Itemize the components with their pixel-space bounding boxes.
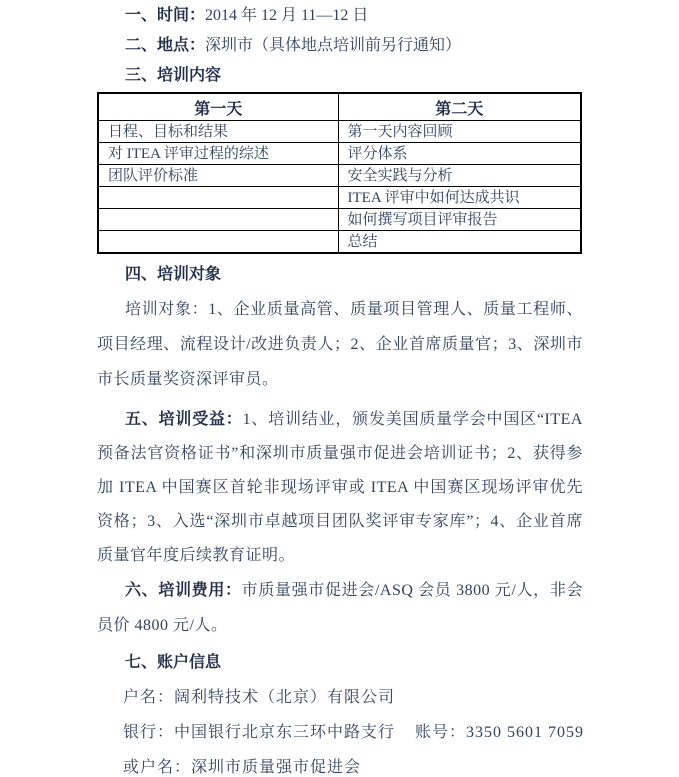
account-number-label: 账号： <box>415 724 466 741</box>
table-cell-day1 <box>98 209 338 231</box>
table-cell-day2: ITEA 评审中如何达成共识 <box>338 187 581 209</box>
benefit-paragraph: 五、培训受益：1、培训结业，颁发美国质量学会中国区“ITEA 预备法官资格证书”… <box>97 403 583 573</box>
section-location-label: 二、地点： <box>125 37 205 54</box>
table-cell-day1: 团队评价标准 <box>98 165 338 187</box>
table-cell-day2: 如何撰写项目评审报告 <box>338 209 581 231</box>
benefit-label: 五、培训受益： <box>125 411 243 428</box>
table-row: 总结 <box>98 231 581 254</box>
table-row: 对 ITEA 评审过程的综述 评分体系 <box>98 143 581 165</box>
section-time: 一、时间：2014 年 12 月 11—12 日 <box>97 1 583 31</box>
section-audience-heading: 四、培训对象 <box>97 257 583 292</box>
table-cell-day1: 日程、目标和结果 <box>98 121 338 143</box>
alt-account-line: 或户名：深圳市质量强市促进会 <box>97 750 583 777</box>
section-content-heading-text: 三、培训内容 <box>125 67 221 84</box>
table-cell-day2: 安全实践与分析 <box>338 165 581 187</box>
table-row: 如何撰写项目评审报告 <box>98 209 581 231</box>
section-location: 二、地点：深圳市（具体地点培训前另行通知） <box>97 31 583 61</box>
table-cell-day1: 对 ITEA 评审过程的综述 <box>98 143 338 165</box>
document-page: 一、时间：2014 年 12 月 11—12 日 二、地点：深圳市（具体地点培训… <box>0 0 679 777</box>
document-content: 一、时间：2014 年 12 月 11—12 日 二、地点：深圳市（具体地点培训… <box>0 0 679 777</box>
alt-account-value: 深圳市质量强市促进会 <box>191 759 361 776</box>
table-cell-day2: 第一天内容回顾 <box>338 121 581 143</box>
table-row: ITEA 评审中如何达成共识 <box>98 187 581 209</box>
table-cell-day1 <box>98 187 338 209</box>
section-time-label: 一、时间： <box>125 7 205 24</box>
table-header-day1: 第一天 <box>98 93 338 121</box>
account-number-value: 3350 5601 7059 <box>466 724 584 741</box>
table-cell-day1 <box>98 231 338 254</box>
table-header-row: 第一天 第二天 <box>98 93 581 121</box>
alt-account-label: 或户名： <box>123 759 191 776</box>
fee-label: 六、培训费用： <box>125 582 242 599</box>
account-name-line: 户名：阔利特技术（北京）有限公司 <box>97 680 583 715</box>
training-schedule-table: 第一天 第二天 日程、目标和结果 第一天内容回顾 对 ITEA 评审过程的综述 … <box>97 92 582 254</box>
bank-line: 银行：中国银行北京东三环中路支行账号：3350 5601 7059 <box>97 715 583 750</box>
table-row: 日程、目标和结果 第一天内容回顾 <box>98 121 581 143</box>
account-name-value: 阔利特技术（北京）有限公司 <box>174 689 395 706</box>
table-cell-day2: 总结 <box>338 231 581 254</box>
section-account-heading: 七、账户信息 <box>97 645 583 680</box>
account-name-label: 户名： <box>123 689 174 706</box>
bank-label: 银行： <box>123 724 174 741</box>
section-account-heading-text: 七、账户信息 <box>125 654 221 671</box>
benefit-text: 1、培训结业，颁发美国质量学会中国区“ITEA 预备法官资格证书”和深圳市质量强… <box>97 411 583 564</box>
table-header-day2: 第二天 <box>338 93 581 121</box>
bank-value: 中国银行北京东三环中路支行 <box>174 724 395 741</box>
table-cell-day2: 评分体系 <box>338 143 581 165</box>
section-audience-heading-text: 四、培训对象 <box>125 266 221 283</box>
table-row: 团队评价标准 安全实践与分析 <box>98 165 581 187</box>
section-content-heading: 三、培训内容 <box>97 61 583 91</box>
section-time-value: 2014 年 12 月 11—12 日 <box>205 7 368 24</box>
fee-paragraph: 六、培训费用：市质量强市促进会/ASQ 会员 3800 元/人，非会员价 480… <box>97 573 583 643</box>
audience-paragraph: 培训对象：1、企业质量高管、质量项目管理人、质量工程师、项目经理、流程设计/改进… <box>97 292 583 397</box>
audience-paragraph-text: 培训对象：1、企业质量高管、质量项目管理人、质量工程师、项目经理、流程设计/改进… <box>97 301 583 388</box>
section-location-value: 深圳市（具体地点培训前另行通知） <box>205 37 461 54</box>
